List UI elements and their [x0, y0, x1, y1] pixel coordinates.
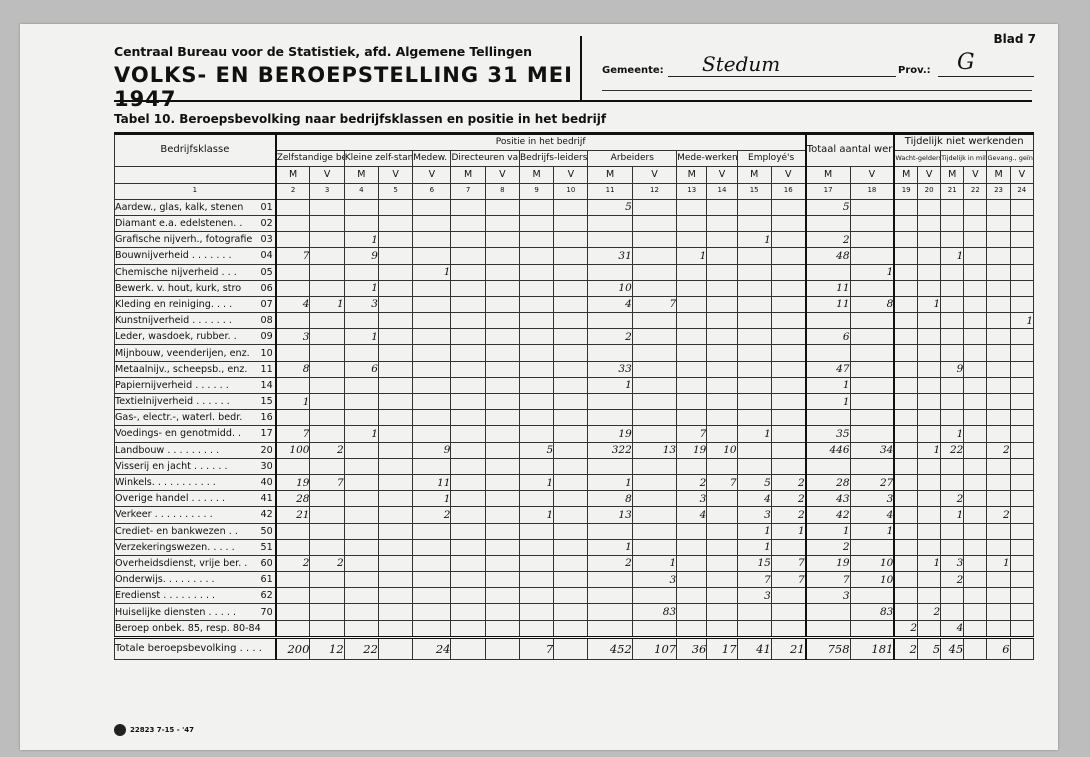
- data-cell[interactable]: [771, 232, 805, 248]
- data-cell[interactable]: 7: [737, 572, 771, 588]
- data-cell[interactable]: [677, 280, 707, 296]
- data-cell[interactable]: [632, 313, 676, 329]
- data-cell[interactable]: [850, 199, 894, 215]
- data-cell[interactable]: [894, 215, 917, 231]
- data-cell[interactable]: [451, 474, 485, 490]
- data-cell[interactable]: [519, 232, 553, 248]
- data-cell[interactable]: 446: [806, 442, 850, 458]
- data-cell[interactable]: 7: [276, 248, 310, 264]
- data-cell[interactable]: [588, 458, 632, 474]
- data-cell[interactable]: [519, 361, 553, 377]
- data-cell[interactable]: [485, 199, 519, 215]
- data-cell[interactable]: 107: [632, 637, 676, 659]
- data-cell[interactable]: [737, 248, 771, 264]
- data-cell[interactable]: [554, 572, 588, 588]
- data-cell[interactable]: 28: [276, 491, 310, 507]
- data-cell[interactable]: [519, 280, 553, 296]
- data-cell[interactable]: [941, 313, 964, 329]
- data-cell[interactable]: 5: [588, 199, 632, 215]
- data-cell[interactable]: [310, 361, 344, 377]
- data-cell[interactable]: [451, 572, 485, 588]
- data-cell[interactable]: 1: [806, 377, 850, 393]
- data-cell[interactable]: [554, 458, 588, 474]
- data-cell[interactable]: [413, 620, 451, 637]
- data-cell[interactable]: 3: [737, 588, 771, 604]
- data-cell[interactable]: [806, 620, 850, 637]
- data-cell[interactable]: [677, 620, 707, 637]
- data-cell[interactable]: [485, 442, 519, 458]
- data-cell[interactable]: [451, 491, 485, 507]
- data-cell[interactable]: 3: [737, 507, 771, 523]
- data-cell[interactable]: [378, 232, 412, 248]
- data-cell[interactable]: [485, 523, 519, 539]
- data-cell[interactable]: [413, 394, 451, 410]
- data-cell[interactable]: [771, 361, 805, 377]
- data-cell[interactable]: [918, 377, 941, 393]
- data-cell[interactable]: [310, 215, 344, 231]
- data-cell[interactable]: 1: [588, 539, 632, 555]
- data-cell[interactable]: [918, 410, 941, 426]
- data-cell[interactable]: 22: [941, 442, 964, 458]
- data-cell[interactable]: 4: [941, 620, 964, 637]
- data-cell[interactable]: [677, 199, 707, 215]
- data-cell[interactable]: [378, 248, 412, 264]
- data-cell[interactable]: [554, 199, 588, 215]
- data-cell[interactable]: [485, 458, 519, 474]
- data-cell[interactable]: [632, 539, 676, 555]
- data-cell[interactable]: 10: [850, 572, 894, 588]
- data-cell[interactable]: [1010, 588, 1033, 604]
- data-cell[interactable]: [806, 264, 850, 280]
- data-cell[interactable]: [707, 507, 737, 523]
- data-cell[interactable]: [894, 377, 917, 393]
- data-cell[interactable]: [894, 232, 917, 248]
- data-cell[interactable]: [850, 345, 894, 361]
- data-cell[interactable]: [451, 604, 485, 620]
- data-cell[interactable]: 9: [941, 361, 964, 377]
- data-cell[interactable]: [850, 248, 894, 264]
- data-cell[interactable]: [850, 232, 894, 248]
- data-cell[interactable]: [451, 637, 485, 659]
- data-cell[interactable]: [894, 394, 917, 410]
- data-cell[interactable]: 21: [276, 507, 310, 523]
- data-cell[interactable]: [344, 572, 378, 588]
- data-cell[interactable]: [485, 637, 519, 659]
- data-cell[interactable]: [632, 345, 676, 361]
- data-cell[interactable]: [850, 426, 894, 442]
- data-cell[interactable]: [707, 588, 737, 604]
- data-cell[interactable]: [918, 329, 941, 345]
- data-cell[interactable]: [588, 215, 632, 231]
- data-cell[interactable]: [987, 345, 1010, 361]
- data-cell[interactable]: [707, 458, 737, 474]
- data-cell[interactable]: [964, 491, 987, 507]
- data-cell[interactable]: 1: [941, 248, 964, 264]
- data-cell[interactable]: [554, 637, 588, 659]
- data-cell[interactable]: [771, 248, 805, 264]
- data-cell[interactable]: [451, 377, 485, 393]
- data-cell[interactable]: 1: [806, 523, 850, 539]
- data-cell[interactable]: [519, 491, 553, 507]
- data-cell[interactable]: [344, 491, 378, 507]
- data-cell[interactable]: [918, 572, 941, 588]
- data-cell[interactable]: [987, 232, 1010, 248]
- data-cell[interactable]: [632, 280, 676, 296]
- data-cell[interactable]: [737, 199, 771, 215]
- data-cell[interactable]: 15: [737, 555, 771, 571]
- data-cell[interactable]: 43: [806, 491, 850, 507]
- data-cell[interactable]: [485, 361, 519, 377]
- data-cell[interactable]: 41: [737, 637, 771, 659]
- data-cell[interactable]: [894, 248, 917, 264]
- data-cell[interactable]: [771, 280, 805, 296]
- data-cell[interactable]: 11: [806, 280, 850, 296]
- data-cell[interactable]: [894, 296, 917, 312]
- data-cell[interactable]: 10: [850, 555, 894, 571]
- data-cell[interactable]: [918, 523, 941, 539]
- data-cell[interactable]: [485, 377, 519, 393]
- data-cell[interactable]: [964, 555, 987, 571]
- data-cell[interactable]: [413, 280, 451, 296]
- data-cell[interactable]: [677, 523, 707, 539]
- data-cell[interactable]: [378, 620, 412, 637]
- data-cell[interactable]: [378, 215, 412, 231]
- data-cell[interactable]: [451, 248, 485, 264]
- data-cell[interactable]: 21: [771, 637, 805, 659]
- data-cell[interactable]: [588, 313, 632, 329]
- data-cell[interactable]: 22: [344, 637, 378, 659]
- data-cell[interactable]: [918, 199, 941, 215]
- data-cell[interactable]: [485, 426, 519, 442]
- data-cell[interactable]: [554, 264, 588, 280]
- data-cell[interactable]: [378, 442, 412, 458]
- data-cell[interactable]: [894, 474, 917, 490]
- data-cell[interactable]: [987, 199, 1010, 215]
- data-cell[interactable]: [737, 604, 771, 620]
- data-cell[interactable]: 2: [310, 555, 344, 571]
- data-cell[interactable]: [850, 620, 894, 637]
- data-cell[interactable]: 2: [771, 474, 805, 490]
- data-cell[interactable]: [941, 345, 964, 361]
- data-cell[interactable]: [894, 361, 917, 377]
- data-cell[interactable]: [806, 604, 850, 620]
- data-cell[interactable]: 181: [850, 637, 894, 659]
- data-cell[interactable]: [707, 313, 737, 329]
- data-cell[interactable]: [964, 507, 987, 523]
- data-cell[interactable]: 1: [850, 523, 894, 539]
- data-cell[interactable]: 45: [941, 637, 964, 659]
- data-cell[interactable]: 31: [588, 248, 632, 264]
- data-cell[interactable]: [344, 555, 378, 571]
- data-cell[interactable]: [485, 474, 519, 490]
- data-cell[interactable]: [378, 280, 412, 296]
- data-cell[interactable]: [554, 329, 588, 345]
- data-cell[interactable]: 4: [737, 491, 771, 507]
- data-cell[interactable]: [519, 588, 553, 604]
- data-cell[interactable]: [894, 329, 917, 345]
- data-cell[interactable]: 1: [413, 491, 451, 507]
- data-cell[interactable]: [632, 620, 676, 637]
- data-cell[interactable]: [964, 232, 987, 248]
- data-cell[interactable]: [677, 539, 707, 555]
- data-cell[interactable]: [413, 572, 451, 588]
- data-cell[interactable]: 8: [850, 296, 894, 312]
- data-cell[interactable]: [941, 296, 964, 312]
- data-cell[interactable]: [519, 345, 553, 361]
- data-cell[interactable]: [632, 458, 676, 474]
- data-cell[interactable]: [894, 458, 917, 474]
- data-cell[interactable]: [737, 442, 771, 458]
- data-cell[interactable]: 1: [987, 555, 1010, 571]
- data-cell[interactable]: [1010, 329, 1033, 345]
- data-cell[interactable]: [850, 361, 894, 377]
- data-cell[interactable]: [964, 637, 987, 659]
- data-cell[interactable]: 1: [941, 426, 964, 442]
- data-cell[interactable]: 7: [632, 296, 676, 312]
- data-cell[interactable]: [894, 588, 917, 604]
- data-cell[interactable]: [451, 394, 485, 410]
- data-cell[interactable]: [378, 199, 412, 215]
- data-cell[interactable]: [850, 588, 894, 604]
- data-cell[interactable]: [987, 491, 1010, 507]
- data-cell[interactable]: [554, 215, 588, 231]
- data-cell[interactable]: [737, 313, 771, 329]
- data-cell[interactable]: 758: [806, 637, 850, 659]
- data-cell[interactable]: [519, 539, 553, 555]
- data-cell[interactable]: [941, 264, 964, 280]
- data-cell[interactable]: [707, 394, 737, 410]
- data-cell[interactable]: [485, 313, 519, 329]
- data-cell[interactable]: [276, 313, 310, 329]
- data-cell[interactable]: [1010, 474, 1033, 490]
- data-cell[interactable]: [519, 248, 553, 264]
- data-cell[interactable]: 1: [276, 394, 310, 410]
- data-cell[interactable]: [771, 329, 805, 345]
- data-cell[interactable]: [413, 361, 451, 377]
- data-cell[interactable]: [554, 555, 588, 571]
- data-cell[interactable]: [707, 296, 737, 312]
- data-cell[interactable]: 1: [771, 523, 805, 539]
- data-cell[interactable]: [451, 507, 485, 523]
- data-cell[interactable]: 7: [276, 426, 310, 442]
- data-cell[interactable]: [554, 474, 588, 490]
- data-cell[interactable]: 2: [987, 442, 1010, 458]
- data-cell[interactable]: [554, 604, 588, 620]
- data-cell[interactable]: [987, 426, 1010, 442]
- data-cell[interactable]: [918, 280, 941, 296]
- data-cell[interactable]: 28: [806, 474, 850, 490]
- data-cell[interactable]: [677, 361, 707, 377]
- data-cell[interactable]: [918, 588, 941, 604]
- data-cell[interactable]: [519, 426, 553, 442]
- data-cell[interactable]: [918, 361, 941, 377]
- data-cell[interactable]: [632, 588, 676, 604]
- data-cell[interactable]: [737, 345, 771, 361]
- data-cell[interactable]: [707, 329, 737, 345]
- data-cell[interactable]: [344, 620, 378, 637]
- data-cell[interactable]: 2: [771, 507, 805, 523]
- data-cell[interactable]: 2: [894, 620, 917, 637]
- data-cell[interactable]: [987, 264, 1010, 280]
- data-cell[interactable]: [588, 523, 632, 539]
- data-cell[interactable]: [588, 232, 632, 248]
- data-cell[interactable]: [519, 296, 553, 312]
- data-cell[interactable]: [378, 410, 412, 426]
- data-cell[interactable]: [987, 588, 1010, 604]
- data-cell[interactable]: 5: [519, 442, 553, 458]
- data-cell[interactable]: [588, 588, 632, 604]
- data-cell[interactable]: [964, 280, 987, 296]
- data-cell[interactable]: [588, 264, 632, 280]
- data-cell[interactable]: [344, 539, 378, 555]
- data-cell[interactable]: [554, 491, 588, 507]
- data-cell[interactable]: 1: [632, 555, 676, 571]
- data-cell[interactable]: [941, 329, 964, 345]
- data-cell[interactable]: [987, 361, 1010, 377]
- data-cell[interactable]: [378, 329, 412, 345]
- data-cell[interactable]: [894, 507, 917, 523]
- data-cell[interactable]: [378, 361, 412, 377]
- data-cell[interactable]: [451, 620, 485, 637]
- data-cell[interactable]: [941, 410, 964, 426]
- data-cell[interactable]: [737, 458, 771, 474]
- data-cell[interactable]: 1: [806, 394, 850, 410]
- data-cell[interactable]: [276, 232, 310, 248]
- data-cell[interactable]: [737, 620, 771, 637]
- data-cell[interactable]: [485, 296, 519, 312]
- data-cell[interactable]: [344, 442, 378, 458]
- data-cell[interactable]: [310, 264, 344, 280]
- data-cell[interactable]: [413, 248, 451, 264]
- data-cell[interactable]: 19: [276, 474, 310, 490]
- data-cell[interactable]: 7: [519, 637, 553, 659]
- data-cell[interactable]: [941, 588, 964, 604]
- data-cell[interactable]: [485, 394, 519, 410]
- data-cell[interactable]: [451, 555, 485, 571]
- data-cell[interactable]: 6: [806, 329, 850, 345]
- data-cell[interactable]: [519, 458, 553, 474]
- data-cell[interactable]: [276, 280, 310, 296]
- data-cell[interactable]: 35: [806, 426, 850, 442]
- data-cell[interactable]: [310, 280, 344, 296]
- data-cell[interactable]: [850, 394, 894, 410]
- data-cell[interactable]: [707, 248, 737, 264]
- data-cell[interactable]: 34: [850, 442, 894, 458]
- data-cell[interactable]: 3: [850, 491, 894, 507]
- data-cell[interactable]: [485, 215, 519, 231]
- data-cell[interactable]: [485, 620, 519, 637]
- data-cell[interactable]: [344, 394, 378, 410]
- data-cell[interactable]: [964, 523, 987, 539]
- data-cell[interactable]: [987, 572, 1010, 588]
- data-cell[interactable]: [554, 377, 588, 393]
- data-cell[interactable]: [413, 296, 451, 312]
- data-cell[interactable]: [894, 572, 917, 588]
- data-cell[interactable]: [413, 377, 451, 393]
- data-cell[interactable]: [964, 345, 987, 361]
- data-cell[interactable]: [519, 394, 553, 410]
- data-cell[interactable]: 3: [276, 329, 310, 345]
- data-cell[interactable]: [310, 507, 344, 523]
- data-cell[interactable]: [1010, 458, 1033, 474]
- data-cell[interactable]: [632, 248, 676, 264]
- data-cell[interactable]: [485, 539, 519, 555]
- data-cell[interactable]: 9: [344, 248, 378, 264]
- data-cell[interactable]: 4: [588, 296, 632, 312]
- data-cell[interactable]: [771, 199, 805, 215]
- data-cell[interactable]: [310, 426, 344, 442]
- data-cell[interactable]: [632, 410, 676, 426]
- data-cell[interactable]: [588, 604, 632, 620]
- data-cell[interactable]: [918, 394, 941, 410]
- data-cell[interactable]: [707, 523, 737, 539]
- data-cell[interactable]: [378, 523, 412, 539]
- data-cell[interactable]: [310, 588, 344, 604]
- data-cell[interactable]: [413, 215, 451, 231]
- data-cell[interactable]: 1: [344, 329, 378, 345]
- data-cell[interactable]: [1010, 572, 1033, 588]
- data-cell[interactable]: [451, 410, 485, 426]
- data-cell[interactable]: [310, 248, 344, 264]
- data-cell[interactable]: 3: [344, 296, 378, 312]
- data-cell[interactable]: [964, 361, 987, 377]
- data-cell[interactable]: [677, 313, 707, 329]
- data-cell[interactable]: [632, 264, 676, 280]
- data-cell[interactable]: [554, 345, 588, 361]
- data-cell[interactable]: [485, 588, 519, 604]
- data-cell[interactable]: [413, 426, 451, 442]
- data-cell[interactable]: 24: [413, 637, 451, 659]
- data-cell[interactable]: [451, 232, 485, 248]
- data-cell[interactable]: [554, 442, 588, 458]
- data-cell[interactable]: [771, 394, 805, 410]
- data-cell[interactable]: [344, 507, 378, 523]
- data-cell[interactable]: [964, 426, 987, 442]
- data-cell[interactable]: [632, 507, 676, 523]
- data-cell[interactable]: [310, 410, 344, 426]
- data-cell[interactable]: [554, 248, 588, 264]
- data-cell[interactable]: [771, 264, 805, 280]
- data-cell[interactable]: [964, 215, 987, 231]
- data-cell[interactable]: 83: [632, 604, 676, 620]
- data-cell[interactable]: [344, 474, 378, 490]
- data-cell[interactable]: [1010, 377, 1033, 393]
- data-cell[interactable]: [378, 394, 412, 410]
- data-cell[interactable]: [632, 329, 676, 345]
- data-cell[interactable]: [894, 491, 917, 507]
- data-cell[interactable]: 10: [707, 442, 737, 458]
- data-cell[interactable]: [964, 377, 987, 393]
- data-cell[interactable]: [677, 329, 707, 345]
- data-cell[interactable]: [987, 296, 1010, 312]
- data-cell[interactable]: 452: [588, 637, 632, 659]
- data-cell[interactable]: 1: [941, 507, 964, 523]
- data-cell[interactable]: [519, 313, 553, 329]
- data-cell[interactable]: [588, 572, 632, 588]
- data-cell[interactable]: [451, 458, 485, 474]
- data-cell[interactable]: [987, 539, 1010, 555]
- data-cell[interactable]: [413, 555, 451, 571]
- data-cell[interactable]: [918, 248, 941, 264]
- data-cell[interactable]: [677, 555, 707, 571]
- data-cell[interactable]: 2: [918, 604, 941, 620]
- data-cell[interactable]: [771, 410, 805, 426]
- data-cell[interactable]: [485, 507, 519, 523]
- data-cell[interactable]: 2: [276, 555, 310, 571]
- data-cell[interactable]: [451, 199, 485, 215]
- data-cell[interactable]: [554, 394, 588, 410]
- data-cell[interactable]: 12: [310, 637, 344, 659]
